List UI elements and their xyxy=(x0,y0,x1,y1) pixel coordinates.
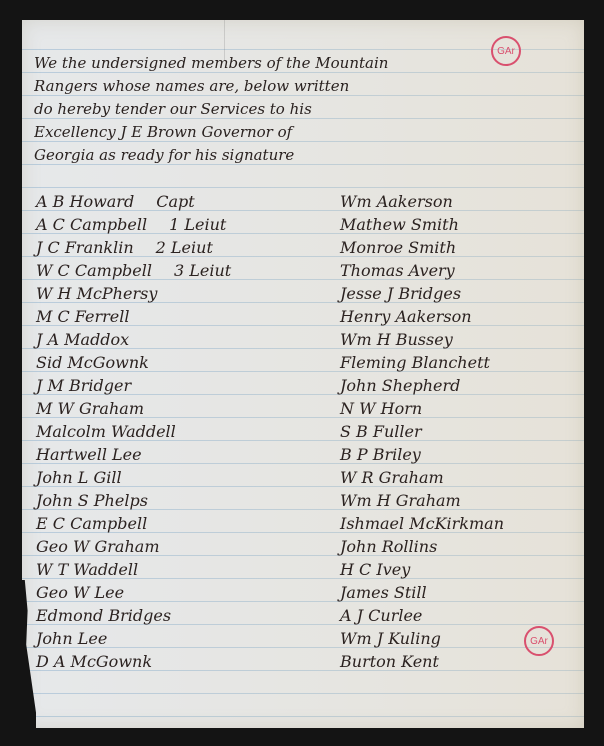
signature-row: W T Waddell xyxy=(36,558,336,581)
signer-name: John S Phelps xyxy=(36,489,148,512)
signer-name: W H McPhersy xyxy=(36,282,157,305)
signature-row: Wm H Graham xyxy=(340,489,580,512)
preamble-line: We the undersigned members of the Mounta… xyxy=(34,52,574,75)
signature-row: E C Campbell xyxy=(36,512,336,535)
signer-name: Malcolm Waddell xyxy=(36,420,176,443)
signature-row: M W Graham xyxy=(36,397,336,420)
signature-row: Geo W Lee xyxy=(36,581,336,604)
signer-name: J C Franklin xyxy=(36,236,134,259)
signature-row: A J Curlee xyxy=(340,604,580,627)
signer-rank: 1 Leiut xyxy=(169,213,226,236)
signer-name: W T Waddell xyxy=(36,558,138,581)
signer-name: M C Ferrell xyxy=(36,305,130,328)
preamble-text: We the undersigned members of the Mounta… xyxy=(34,52,574,167)
signature-row: J C Franklin2 Leiut xyxy=(36,236,336,259)
signature-row: Sid McGownk xyxy=(36,351,336,374)
signer-name: Geo W Lee xyxy=(36,581,124,604)
signer-name: A C Campbell xyxy=(36,213,147,236)
signature-row: Fleming Blanchett xyxy=(340,351,580,374)
signature-row: Ishmael McKirkman xyxy=(340,512,580,535)
signer-name: Sid McGownk xyxy=(36,351,149,374)
signature-row: Henry Aakerson xyxy=(340,305,580,328)
signature-row: Wm H Bussey xyxy=(340,328,580,351)
signer-name: A B Howard xyxy=(36,190,134,213)
signer-name: Hartwell Lee xyxy=(36,443,142,466)
signer-name: M W Graham xyxy=(36,397,144,420)
signature-row: Hartwell Lee xyxy=(36,443,336,466)
signature-row: W H McPhersy xyxy=(36,282,336,305)
signer-name: E C Campbell xyxy=(36,512,147,535)
signature-row: S B Fuller xyxy=(340,420,580,443)
signer-rank: 2 Leiut xyxy=(156,236,213,259)
signature-row: Jesse J Bridges xyxy=(340,282,580,305)
signature-row: Monroe Smith xyxy=(340,236,580,259)
preamble-line: do hereby tender our Services to his xyxy=(34,98,574,121)
signer-name: John Lee xyxy=(36,627,107,650)
signer-name: Edmond Bridges xyxy=(36,604,171,627)
signature-row: John Rollins xyxy=(340,535,580,558)
stamp-label: GAr xyxy=(530,636,548,647)
signature-row: D A McGownk xyxy=(36,650,336,673)
signature-row: W R Graham xyxy=(340,466,580,489)
signer-name: Geo W Graham xyxy=(36,535,159,558)
signer-name: J M Bridger xyxy=(36,374,131,397)
signer-name: J A Maddox xyxy=(36,328,129,351)
signature-row: John Shepherd xyxy=(340,374,580,397)
signature-row: Mathew Smith xyxy=(340,213,580,236)
torn-edge xyxy=(22,580,36,746)
signature-row: M C Ferrell xyxy=(36,305,336,328)
signature-row: Geo W Graham xyxy=(36,535,336,558)
signature-row: Wm Aakerson xyxy=(340,190,580,213)
signature-row: J A Maddox xyxy=(36,328,336,351)
preamble-line: Excellency J E Brown Governor of xyxy=(34,121,574,144)
signature-row: Edmond Bridges xyxy=(36,604,336,627)
signature-row: J M Bridger xyxy=(36,374,336,397)
signature-row: W C Campbell3 Leiut xyxy=(36,259,336,282)
signature-row: B P Briley xyxy=(340,443,580,466)
document-page: GAr We the undersigned members of the Mo… xyxy=(22,20,584,728)
signature-row: Thomas Avery xyxy=(340,259,580,282)
signature-row: H C Ivey xyxy=(340,558,580,581)
archive-stamp-bottom: GAr xyxy=(524,626,554,656)
preamble-line: Georgia as ready for his signature xyxy=(34,144,574,167)
signatures-left-column: A B HowardCapt A C Campbell1 Leiut J C F… xyxy=(36,190,336,673)
signatures-right-column: Wm Aakerson Mathew Smith Monroe Smith Th… xyxy=(340,190,580,673)
signature-row: A C Campbell1 Leiut xyxy=(36,213,336,236)
signature-row: James Still xyxy=(340,581,580,604)
signature-row: Malcolm Waddell xyxy=(36,420,336,443)
signature-row: John L Gill xyxy=(36,466,336,489)
signature-row: John S Phelps xyxy=(36,489,336,512)
signer-rank: Capt xyxy=(156,190,194,213)
preamble-line: Rangers whose names are, below written xyxy=(34,75,574,98)
signature-row: A B HowardCapt xyxy=(36,190,336,213)
signer-name: John L Gill xyxy=(36,466,122,489)
signer-name: W C Campbell xyxy=(36,259,152,282)
signer-name: D A McGownk xyxy=(36,650,152,673)
signature-row: John Lee xyxy=(36,627,336,650)
signer-rank: 3 Leiut xyxy=(174,259,231,282)
signature-row: N W Horn xyxy=(340,397,580,420)
